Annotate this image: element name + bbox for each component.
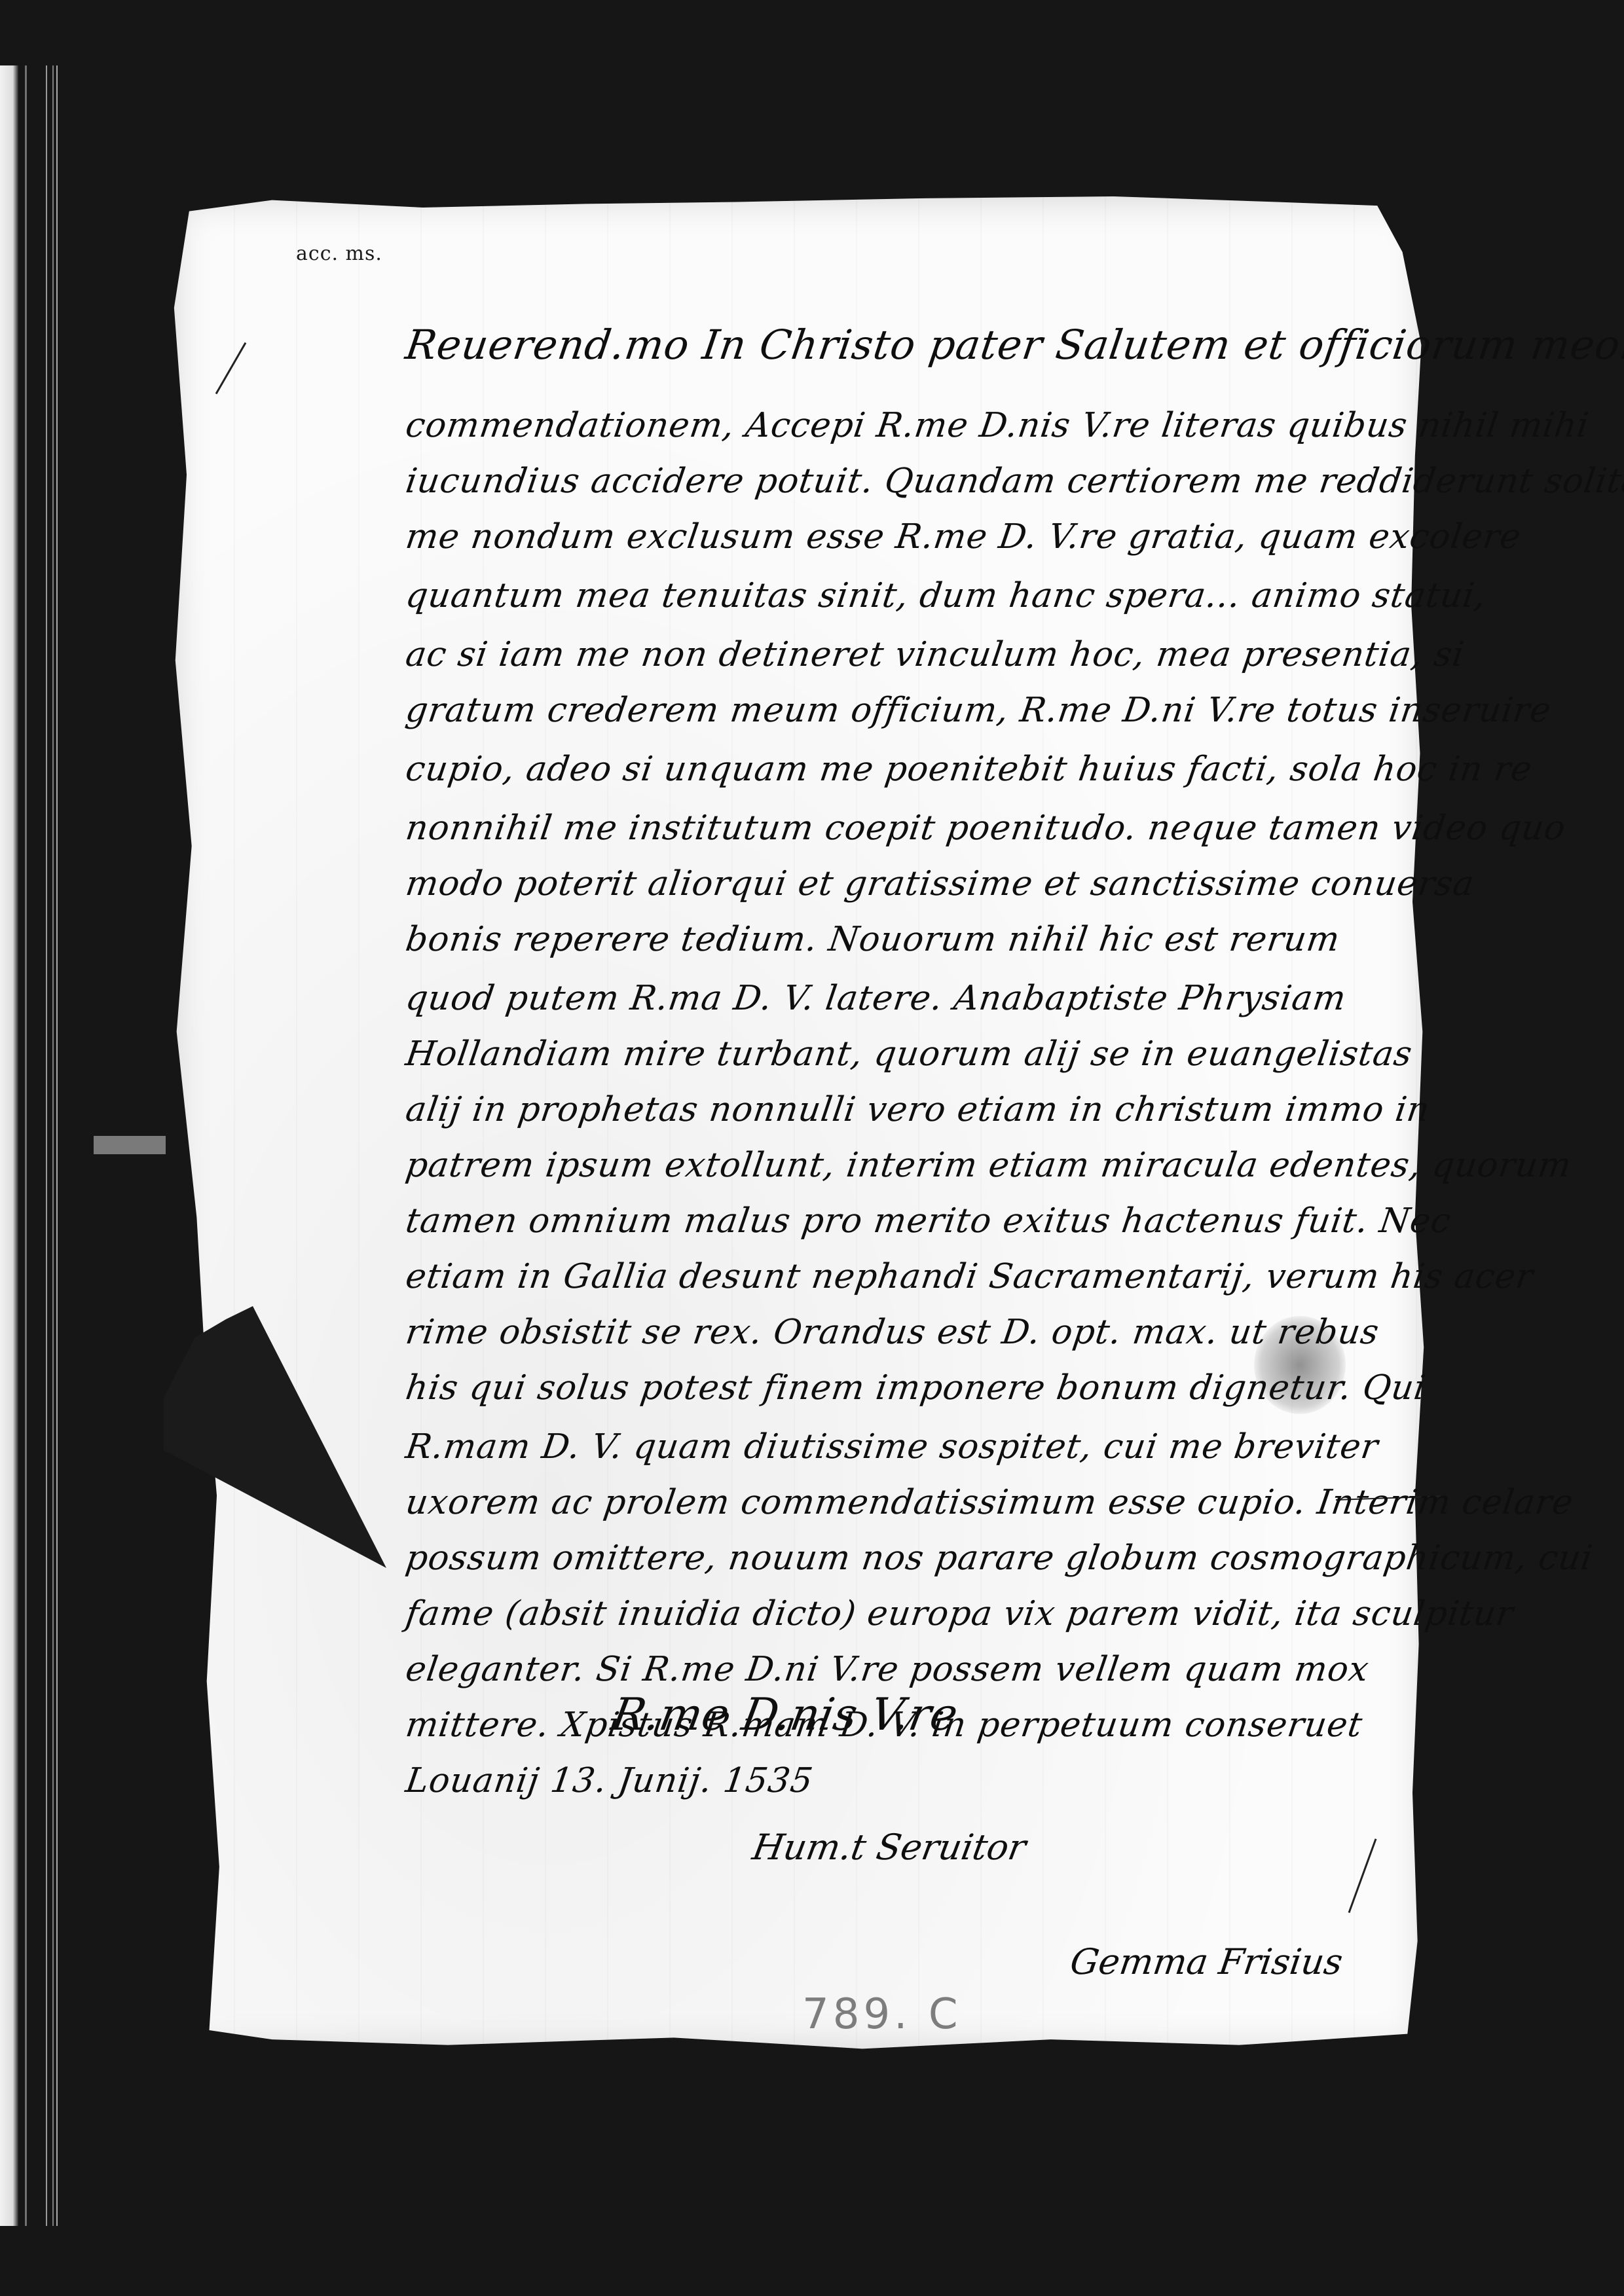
letter-line: rime obsistit se rex. Orandus est D. opt…	[403, 1313, 1382, 1352]
servitor-line: Hum.t Seruitor	[749, 1827, 1029, 1868]
letter-line: gratum crederem meum officium, R.me D.ni…	[403, 691, 1554, 730]
date-line: Louanij 13. Junij. 1535	[403, 1761, 816, 1800]
letter-line: etiam in Gallia desunt nephandi Sacramen…	[403, 1257, 1536, 1296]
letter-line: iucundius accidere potuit. Quandam certi…	[403, 462, 1624, 501]
binding-line	[46, 65, 47, 2226]
page-edge-strip	[0, 65, 18, 2226]
closing-salutation: R.me D.nis V.re	[608, 1689, 961, 1741]
letter-line: cupio, adeo si unquam me poenitebit huiu…	[403, 750, 1535, 789]
binding-line	[56, 65, 58, 2226]
letter-line: eleganter. Si R.me D.ni V.re possem vell…	[403, 1650, 1372, 1689]
letter-line: his qui solus potest finem imponere bonu…	[403, 1368, 1429, 1408]
letter-line: tamen omnium malus pro merito exitus hac…	[403, 1201, 1454, 1241]
letter-line: quantum mea tenuitas sinit, dum hanc spe…	[403, 576, 1489, 615]
letter-line: patrem ipsum extollunt, interim etiam mi…	[403, 1146, 1574, 1185]
binding-line	[25, 65, 27, 2226]
gray-calibration-tab	[94, 1136, 166, 1154]
letter-line: bonis reperere tedium. Nouorum nihil hic…	[403, 920, 1342, 959]
letter-line: uxorem ac prolem commendatissimum esse c…	[403, 1483, 1576, 1522]
signature: Gemma Frisius	[1068, 1941, 1346, 1982]
binding-line	[52, 65, 54, 2226]
letter-line: me nondum exclusum esse R.me D. V.re gra…	[403, 517, 1524, 556]
letter-line: ac si iam me non detineret vinculum hoc,…	[403, 635, 1467, 674]
shelfmark: 789. C	[802, 1990, 962, 2039]
letter-line: alij in prophetas nonnulli vero etiam in…	[403, 1090, 1433, 1129]
letter-line: modo poterit aliorqui et gratissime et s…	[403, 864, 1477, 903]
letter-line: quod putem R.ma D. V. latere. Anabaptist…	[403, 979, 1349, 1018]
letter-line: fame (absit inuidia dicto) europa vix pa…	[403, 1594, 1516, 1633]
accession-label: acc. ms.	[296, 242, 382, 265]
letter-line: commendationem, Accepi R.me D.nis V.re l…	[403, 406, 1592, 445]
scan-canvas: acc. ms. Reuerend.mo In Christo pater Sa…	[0, 0, 1624, 2296]
letter-line: Reuerend.mo In Christo pater Salutem et …	[403, 321, 1624, 369]
letter-line: Hollandiam mire turbant, quorum alij se …	[403, 1034, 1415, 1074]
letter-line: R.mam D. V. quam diutissime sospitet, cu…	[403, 1427, 1381, 1467]
letter-line: possum omittere, nouum nos parare globum…	[403, 1539, 1596, 1578]
letter-line: nonnihil me institutum coepit poenitudo.…	[403, 809, 1568, 848]
